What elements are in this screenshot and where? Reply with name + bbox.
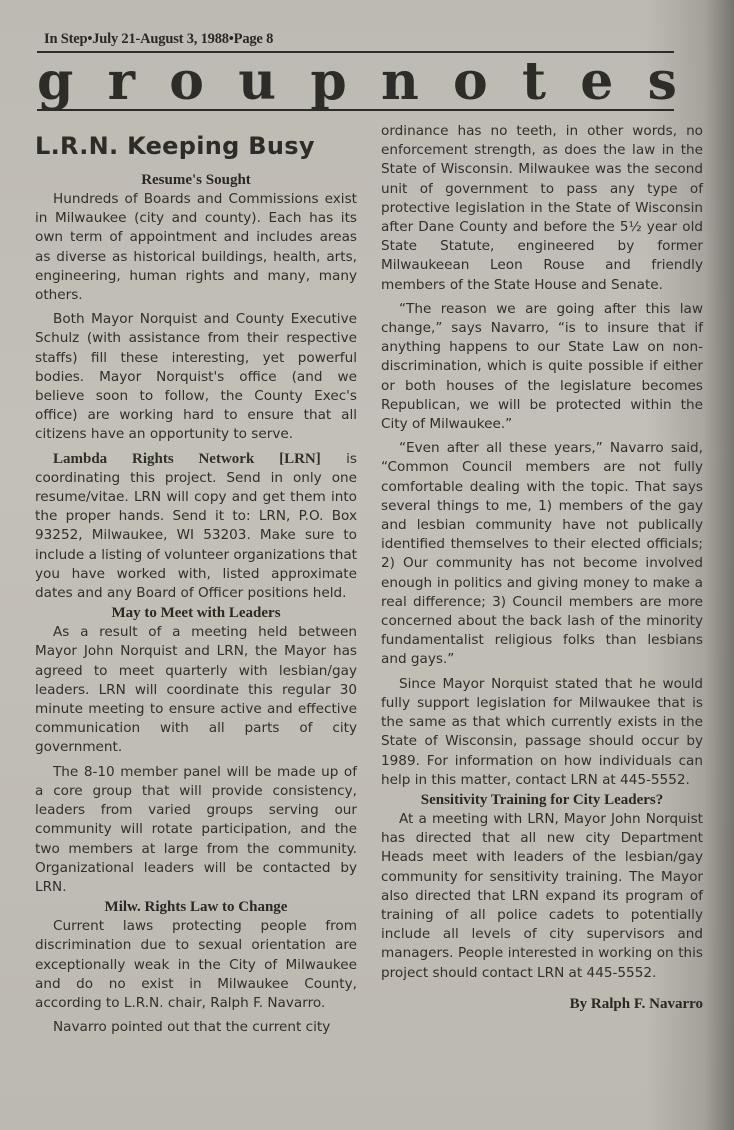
subhead-rights-law-change: Milw. Rights Law to Change: [35, 897, 357, 917]
newspaper-page: In Step•July 21-August 3, 1988•Page 8 g …: [0, 0, 734, 1130]
masthead-letter: p: [310, 58, 346, 106]
masthead-letter: o: [169, 58, 204, 106]
masthead-rule-bottom: [37, 109, 674, 111]
paragraph: “The reason we are going after this law …: [381, 300, 703, 434]
subhead-sensitivity-training: Sensitivity Training for City Leaders?: [381, 790, 703, 810]
paragraph: Hundreds of Boards and Commissions exist…: [35, 190, 357, 305]
masthead-letter: s: [648, 58, 677, 106]
article-column-right: ordinance has no teeth, in other words, …: [381, 122, 703, 1014]
paragraph: As a result of a meeting held between Ma…: [35, 623, 357, 757]
article-headline: L.R.N. Keeping Busy: [35, 130, 357, 162]
masthead-letter: o: [453, 58, 488, 106]
masthead-letter: u: [238, 58, 276, 106]
masthead-letter: t: [522, 58, 546, 106]
paragraph: Lambda Rights Network [LRN] is coordinat…: [35, 450, 357, 604]
paragraph: Navarro pointed out that the current cit…: [35, 1018, 357, 1037]
paragraph: Current laws protecting people from disc…: [35, 917, 357, 1013]
subhead-mayor-meet-leaders: May to Meet with Leaders: [35, 603, 357, 623]
paragraph: “Even after all these years,” Navarro sa…: [381, 439, 703, 669]
byline: By Ralph F. Navarro: [381, 995, 703, 1014]
paragraph: ordinance has no teeth, in other words, …: [381, 122, 703, 295]
paragraph: Both Mayor Norquist and County Executive…: [35, 310, 357, 444]
masthead-letter: g: [37, 58, 73, 106]
paragraph: The 8-10 member panel will be made up of…: [35, 763, 357, 897]
article-column-left: L.R.N. Keeping Busy Resume's Sought Hund…: [35, 130, 357, 1037]
masthead-letter: e: [580, 58, 613, 106]
subhead-resumes-sought: Resume's Sought: [35, 170, 357, 190]
masthead-letter: n: [381, 58, 419, 106]
running-head: In Step•July 21-August 3, 1988•Page 8: [44, 31, 273, 48]
section-masthead: g r o u p n o t e s: [37, 58, 677, 106]
masthead-letter: r: [108, 58, 135, 106]
paragraph: Since Mayor Norquist stated that he woul…: [381, 675, 703, 790]
paragraph: At a meeting with LRN, Mayor John Norqui…: [381, 810, 703, 983]
organization-name: Lambda Rights Network [LRN]: [53, 451, 321, 467]
